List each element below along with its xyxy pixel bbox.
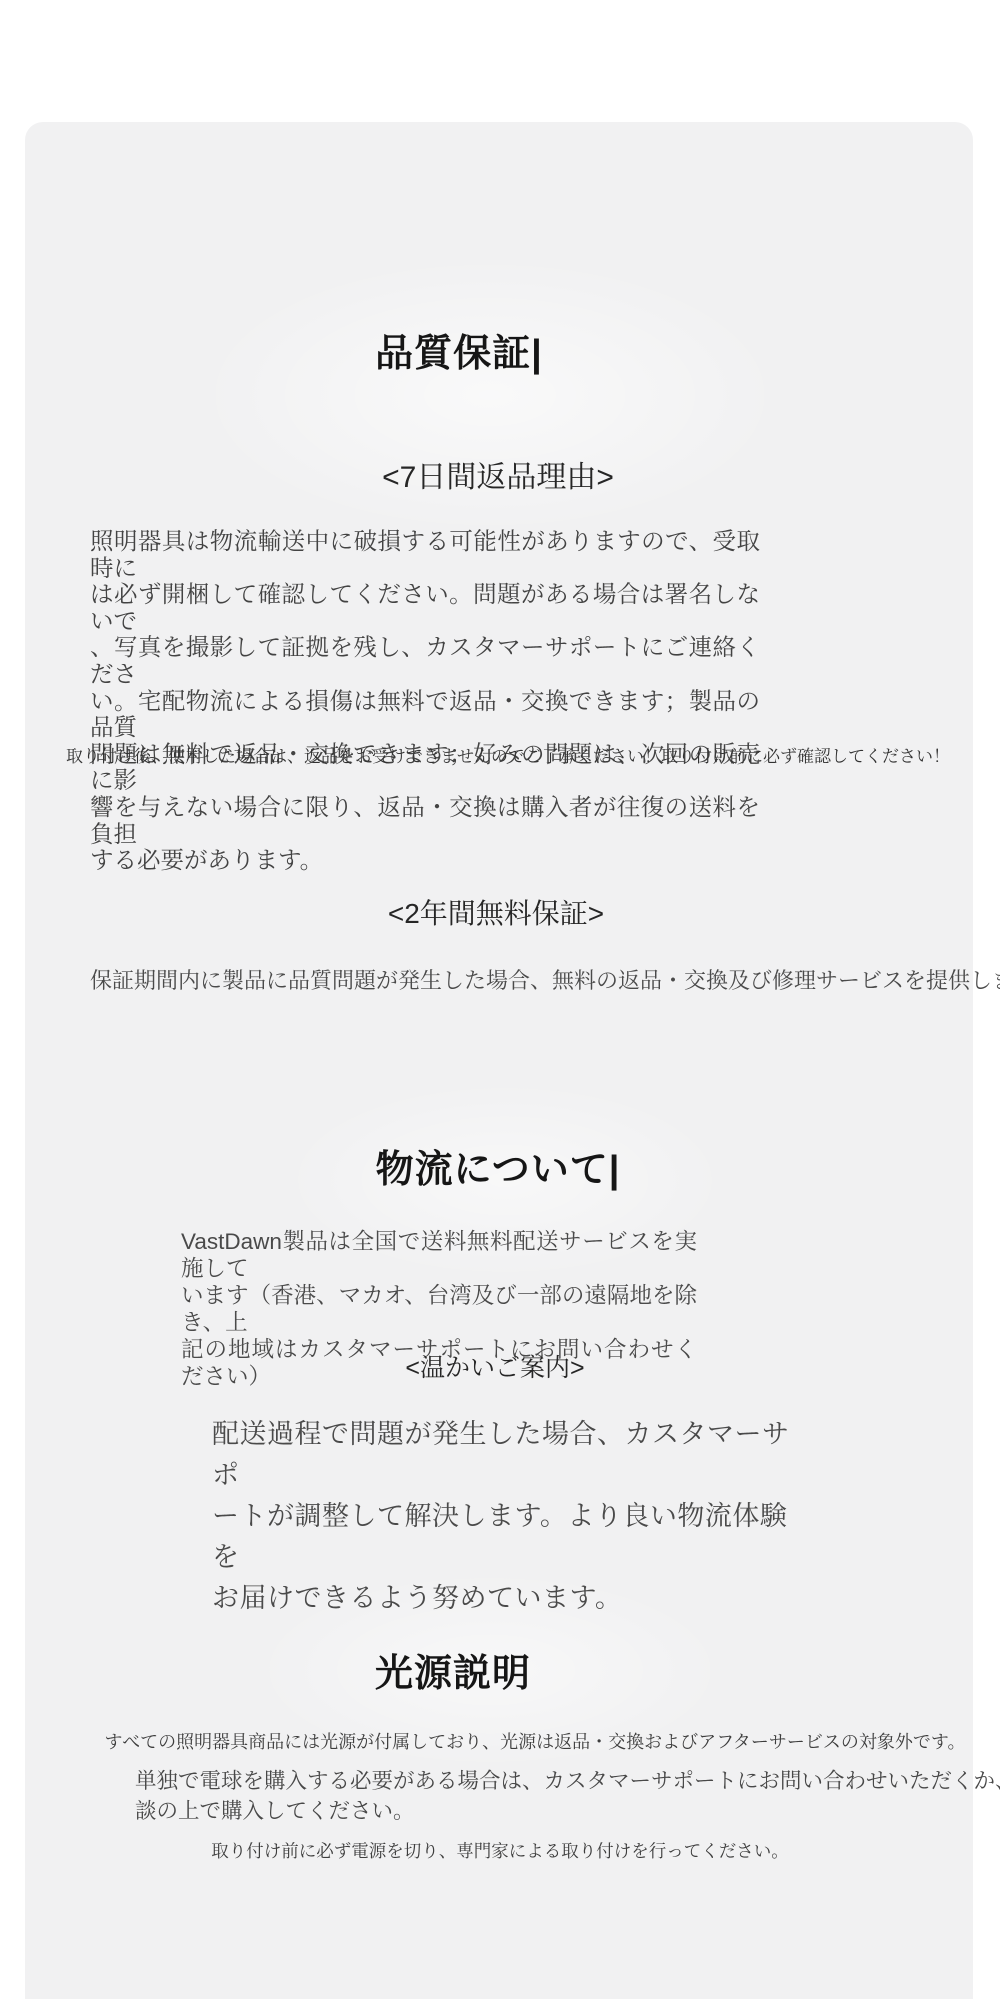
- light-source-note-1: すべての照明器具商品には光源が付属しており、光源は返品・交換およびアフターサービ…: [105, 1728, 966, 1754]
- light-source-note-3: 取り付け前に必ず電源を切り、専門家による取り付けを行ってください。: [211, 1838, 789, 1863]
- logistics-title: 物流について|: [376, 1138, 621, 1193]
- warranty-body: 保証期間内に製品に品質問題が発生した場合、無料の返品・交換及び修理サービスを提供…: [90, 964, 1000, 995]
- light-source-title: 光源説明: [375, 1642, 531, 1697]
- return-policy-heading: <7日間返品理由>: [382, 452, 614, 496]
- light-source-note-2: 単独で電球を購入する必要がある場合は、カスタマーサポートにお問い合わせいただくか…: [135, 1766, 1000, 1826]
- warranty-heading: <2年間無料保証>: [388, 892, 604, 932]
- warm-guide-body: 配送過程で問題が発生した場合、カスタマーサポ ートが調整して解決します。より良い…: [212, 1414, 812, 1619]
- installation-return-note: 取り付け後、使用した場合は、返品をお受けできませんのでご了承ください！取り付け前…: [66, 742, 950, 767]
- quality-guarantee-title: 品質保証|: [375, 322, 543, 377]
- warm-guide-heading: <温かいご案内>: [405, 1348, 584, 1384]
- return-policy-body: 照明器具は物流輸送中に破損する可能性がありますので、受取時に は必ず開梱して確認…: [90, 528, 760, 874]
- content-card: [25, 122, 973, 1999]
